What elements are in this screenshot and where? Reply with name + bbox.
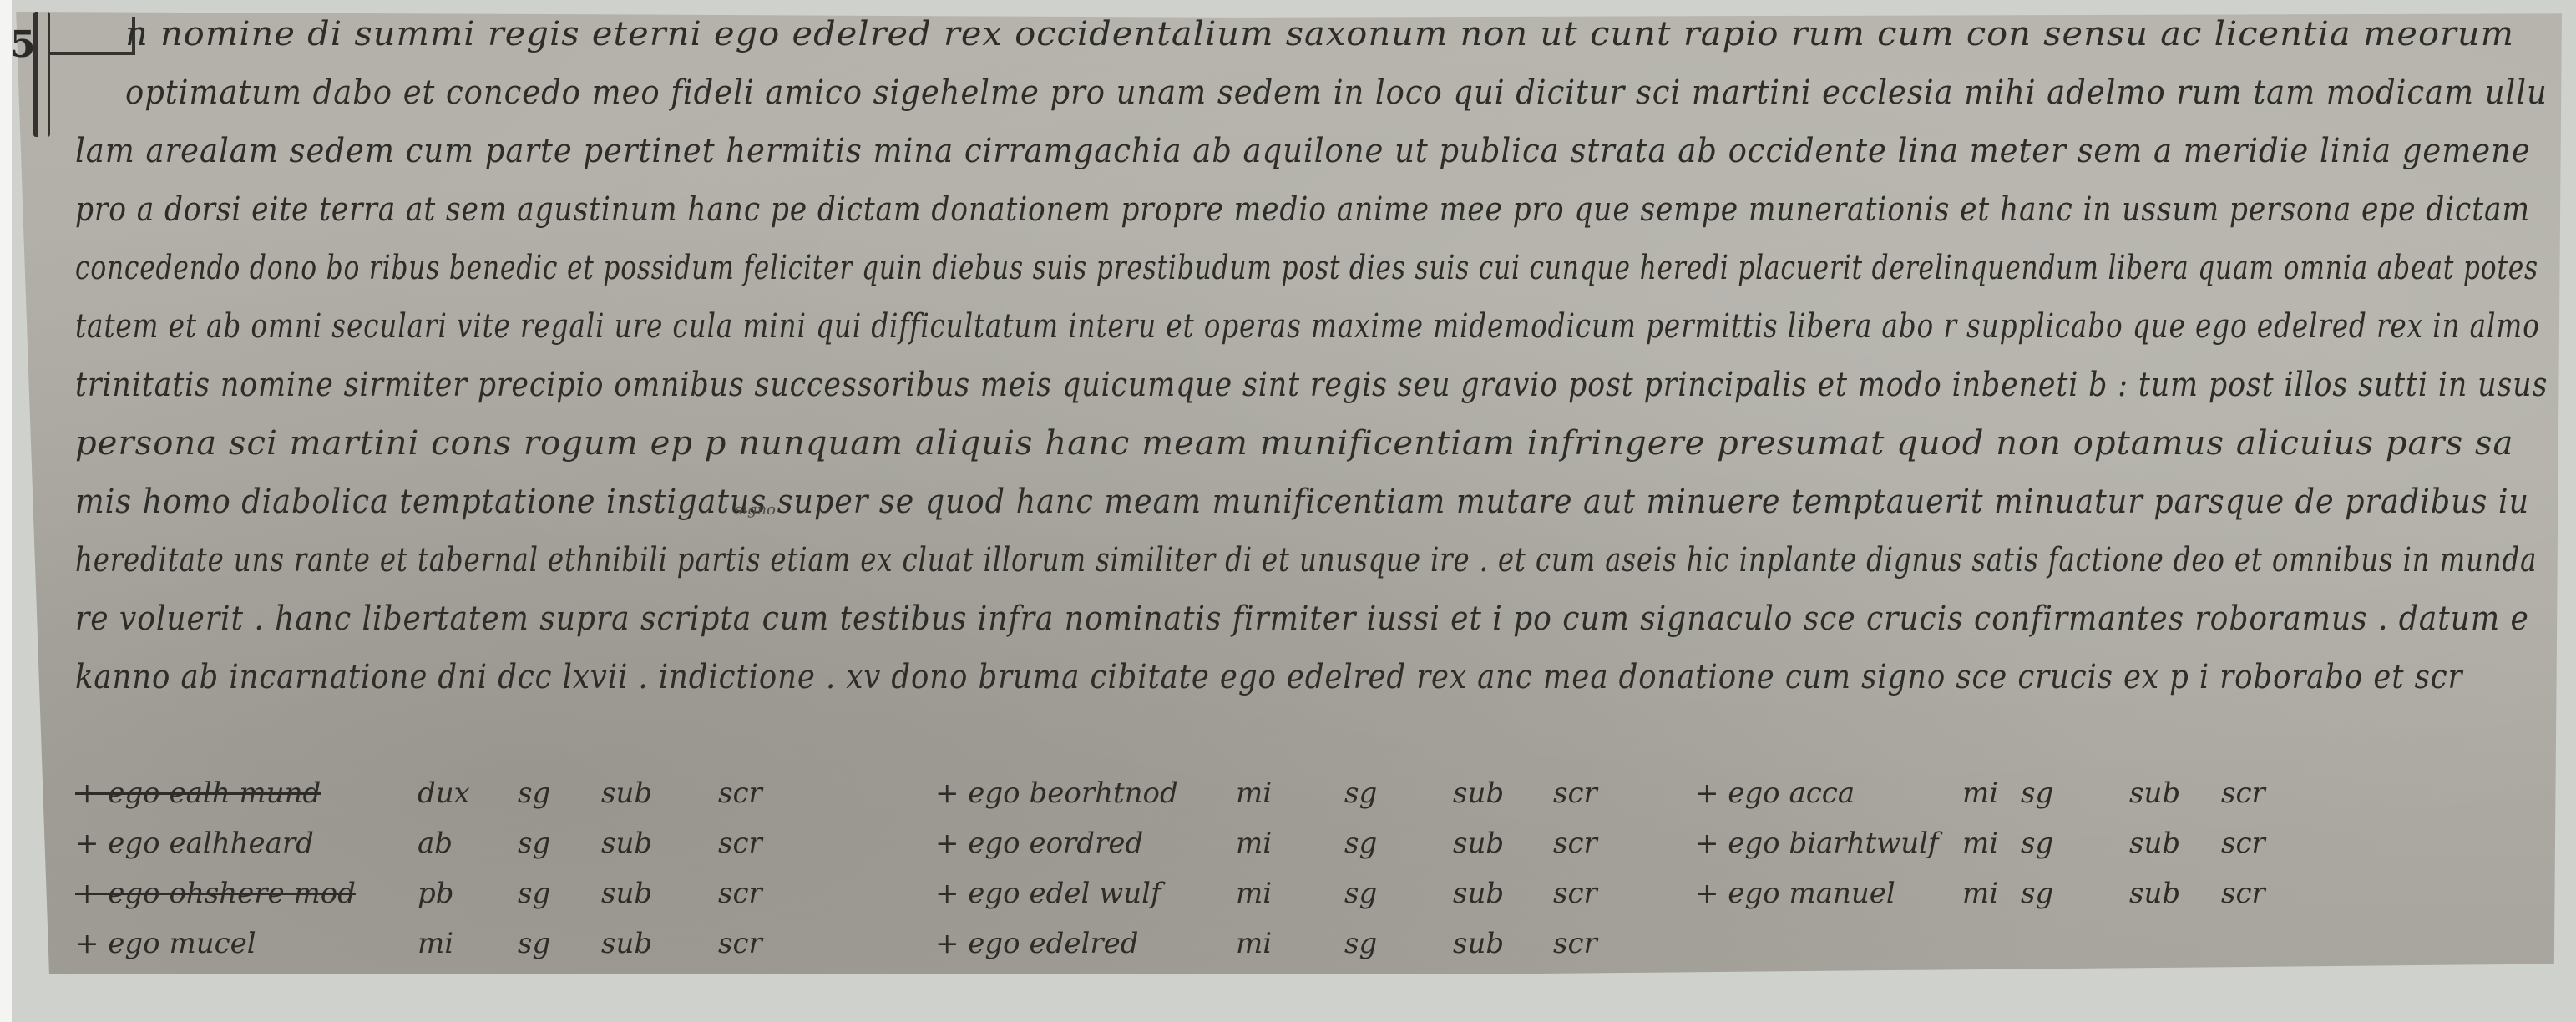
charter-line: pro a dorsi eite terra at sem agustinum … bbox=[75, 190, 2530, 229]
witness-name: + ego eordred bbox=[935, 827, 1143, 860]
charter-line: kanno ab incarnatione dni dcc lxvii . in… bbox=[75, 658, 2462, 696]
witness-subscription-abbr: sub bbox=[2129, 827, 2180, 860]
witness-title: ab bbox=[418, 827, 453, 860]
witness-subscription-abbr: sub bbox=[1453, 777, 1504, 810]
witness-subscription-abbr: scr bbox=[2221, 777, 2265, 810]
witness-title: mi bbox=[418, 927, 453, 960]
witness-subscription-abbr: sg bbox=[2021, 877, 2053, 910]
charter-line: hereditate uns rante et tabernal ethnibi… bbox=[75, 541, 2537, 579]
witness-subscription-abbr: sg bbox=[1344, 927, 1377, 960]
witness-subscription-abbr: sg bbox=[518, 827, 550, 860]
mount-edge bbox=[0, 0, 12, 1022]
witness-subscription-abbr: sub bbox=[2129, 877, 2180, 910]
witness-subscription-abbr: sub bbox=[601, 927, 652, 960]
witness-name: + ego ealhheard bbox=[75, 827, 314, 860]
witness-subscription-abbr: scr bbox=[1553, 927, 1597, 960]
witness-subscription-abbr: scr bbox=[718, 777, 762, 810]
witness-title: mi bbox=[1236, 877, 1272, 910]
witness-subscription-abbr: scr bbox=[2221, 877, 2265, 910]
witness-title: mi bbox=[1962, 777, 1998, 810]
decorated-initial bbox=[33, 12, 50, 137]
witness-subscription-abbr: sg bbox=[1344, 827, 1377, 860]
witness-name: + ego acca bbox=[1695, 777, 1855, 810]
witness-name: + ego mucel bbox=[75, 927, 256, 960]
charter-line: n nomine di summi regis eterni ego edelr… bbox=[125, 15, 2514, 53]
witness-subscription-abbr: scr bbox=[1553, 777, 1597, 810]
charter-line: persona sci martini cons rogum ep p nunq… bbox=[75, 424, 2513, 463]
witness-subscription-abbr: sub bbox=[1453, 877, 1504, 910]
witness-name: + ego edel wulf bbox=[935, 877, 1161, 910]
witness-subscription-abbr: sg bbox=[2021, 777, 2053, 810]
witness-subscription-abbr: sg bbox=[1344, 777, 1377, 810]
witness-subscription-abbr: sg bbox=[2021, 827, 2053, 860]
witness-subscription-abbr: scr bbox=[1553, 827, 1597, 860]
witness-name: + ego ealh mund bbox=[75, 777, 321, 810]
witness-name: + ego edelred bbox=[935, 927, 1138, 960]
witness-title: dux bbox=[418, 777, 470, 810]
witness-subscription-abbr: scr bbox=[718, 827, 762, 860]
margin-mark: 5 bbox=[10, 23, 36, 66]
charter-line: concedendo dono bo ribus benedic et poss… bbox=[75, 249, 2538, 287]
witness-subscription-abbr: sg bbox=[518, 927, 550, 960]
witness-name: + ego biarhtwulf bbox=[1695, 827, 1939, 860]
charter-line: tatem et ab omni seculari vite regali ur… bbox=[75, 307, 2540, 346]
charter-line: trinitatis nomine sirmiter precipio omni… bbox=[75, 366, 2548, 404]
witness-title: mi bbox=[1962, 877, 1998, 910]
witness-subscription-abbr: sg bbox=[518, 877, 550, 910]
witness-subscription-abbr: sub bbox=[1453, 827, 1504, 860]
witness-subscription-abbr: sub bbox=[601, 827, 652, 860]
witness-subscription-abbr: sub bbox=[2129, 777, 2180, 810]
witness-name: + ego ohshere mod bbox=[75, 877, 356, 910]
decorated-initial-bar bbox=[48, 17, 135, 55]
interlinear-insertion: signo bbox=[735, 501, 776, 519]
witness-title: mi bbox=[1236, 827, 1272, 860]
witness-title: mi bbox=[1236, 777, 1272, 810]
witness-subscription-abbr: sub bbox=[1453, 927, 1504, 960]
witness-subscription-abbr: sg bbox=[518, 777, 550, 810]
witness-subscription-abbr: sub bbox=[601, 777, 652, 810]
charter-line: lam arealam sedem cum parte pertinet her… bbox=[75, 132, 2531, 170]
witness-title: mi bbox=[1236, 927, 1272, 960]
witness-name: + ego manuel bbox=[1695, 877, 1895, 910]
witness-subscription-abbr: scr bbox=[2221, 827, 2265, 860]
witness-subscription-abbr: sub bbox=[601, 877, 652, 910]
witness-subscription-abbr: scr bbox=[1553, 877, 1597, 910]
witness-name: + ego beorhtnod bbox=[935, 777, 1178, 810]
witness-subscription-abbr: sg bbox=[1344, 877, 1377, 910]
witness-subscription-abbr: scr bbox=[718, 877, 762, 910]
charter-line: optimatum dabo et concedo meo fideli ami… bbox=[125, 73, 2548, 112]
charter-line: mis homo diabolica temptatione instigatu… bbox=[75, 483, 2529, 521]
witness-subscription-abbr: scr bbox=[718, 927, 762, 960]
witness-title: pb bbox=[418, 877, 454, 910]
witness-title: mi bbox=[1962, 827, 1998, 860]
charter-line: re voluerit . hanc libertatem supra scri… bbox=[75, 600, 2529, 638]
